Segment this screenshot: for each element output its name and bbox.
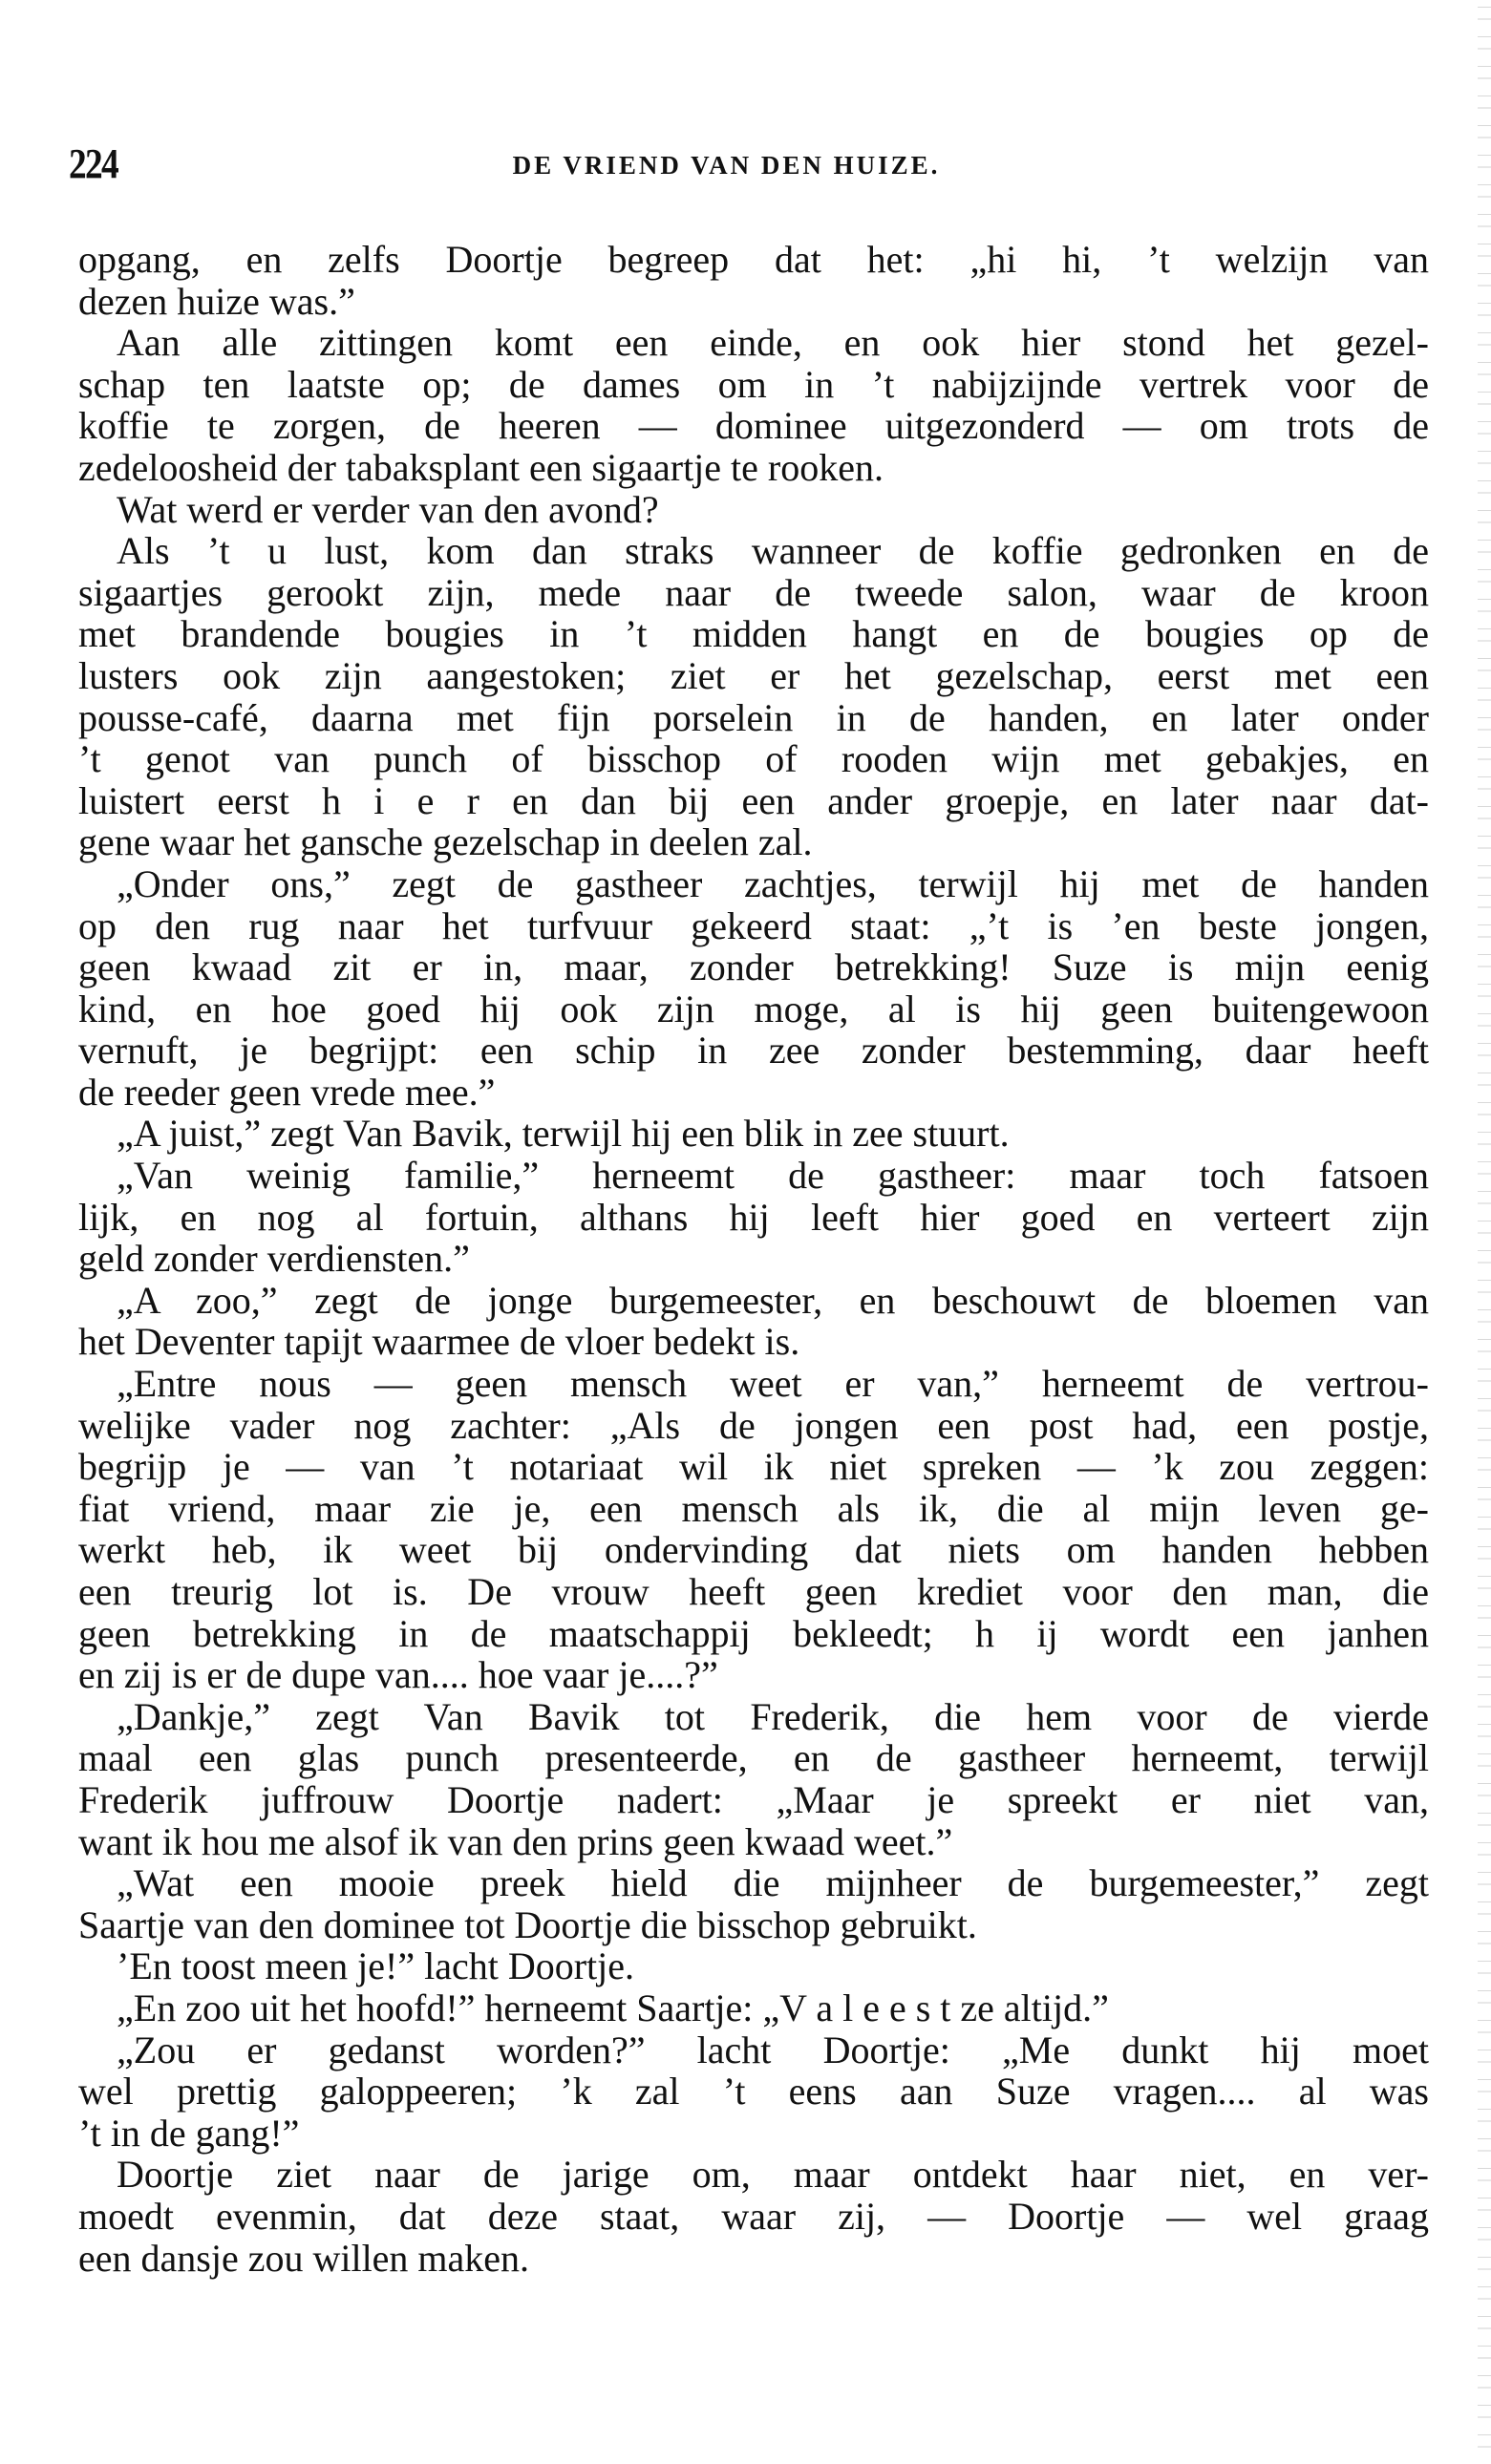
text-line: „Van weinig familie,” herneemt de gasthe… [78, 1155, 1429, 1197]
text-line: geld zonder verdiensten.” [78, 1238, 1429, 1280]
text-line: „Dankje,” zegt Van Bavik tot Frederik, d… [78, 1696, 1429, 1738]
text-line: „A juist,” zegt Van Bavik, terwijl hij e… [78, 1113, 1429, 1155]
text-line: schap ten laatste op; de dames om in ’t … [78, 364, 1429, 406]
text-line: Saartje van den dominee tot Doortje die … [78, 1904, 1429, 1946]
text-line: op den rug naar het turfvuur gekeerd sta… [78, 905, 1429, 947]
text-line: „Zou er gedanst worden?” lacht Doortje: … [78, 2029, 1429, 2071]
text-line: ’t genot van punch of bisschop of rooden… [78, 738, 1429, 780]
text-line: zedeloosheid der tabaksplant een sigaart… [78, 447, 1429, 489]
text-line: „A zoo,” zegt de jonge burgemeester, en … [78, 1280, 1429, 1322]
text-line: „En zoo uit het hoofd!” herneemt Saartje… [78, 1987, 1429, 2029]
text-line: „Onder ons,” zegt de gastheer zachtjes, … [78, 863, 1429, 905]
text-line: ’t in de gang!” [78, 2113, 1429, 2155]
text-line: het Deventer tapijt waarmee de vloer bed… [78, 1321, 1429, 1363]
text-line: moedt evenmin, dat deze staat, waar zij,… [78, 2196, 1429, 2238]
text-line: de reeder geen vrede mee.” [78, 1072, 1429, 1114]
running-title: DE VRIEND VAN DEN HUIZE. [513, 151, 941, 181]
text-line: fiat vriend, maar zie je, een mensch als… [78, 1488, 1429, 1530]
text-line: sigaartjes gerookt zijn, mede naar de tw… [78, 572, 1429, 614]
text-line: opgang, en zelfs Doortje begreep dat het… [78, 239, 1429, 281]
text-line: lijk, en nog al fortuin, althans hij lee… [78, 1197, 1429, 1239]
text-line: en zij is er de dupe van.... hoe vaar je… [78, 1654, 1429, 1696]
text-line: welijke vader nog zachter: „Als de jonge… [78, 1405, 1429, 1447]
text-line: Aan alle zittingen komt een einde, en oo… [78, 322, 1429, 364]
text-line: begrijp je — van ’t notariaat wil ik nie… [78, 1446, 1429, 1488]
text-line: dezen huize was.” [78, 281, 1429, 323]
text-line: werkt heb, ik weet bij ondervinding dat … [78, 1529, 1429, 1571]
text-line: „Wat een mooie preek hield die mijnheer … [78, 1862, 1429, 1904]
text-line: maal een glas punch presenteerde, en de … [78, 1737, 1429, 1779]
scan-edge-artifact [1478, 0, 1491, 2464]
text-line: gene waar het gansche gezelschap in deel… [78, 821, 1429, 863]
body-text: opgang, en zelfs Doortje begreep dat het… [78, 239, 1429, 2279]
text-line: Frederik juffrouw Doortje nadert: „Maar … [78, 1779, 1429, 1821]
text-line: Als ’t u lust, kom dan straks wanneer de… [78, 530, 1429, 572]
text-line: koffie te zorgen, de heeren — dominee ui… [78, 405, 1429, 447]
text-line: lusters ook zijn aangestoken; ziet er he… [78, 655, 1429, 697]
running-head: DE VRIEND VAN DEN HUIZE. [0, 151, 1491, 181]
text-line: kind, en hoe goed hij ook zijn moge, al … [78, 988, 1429, 1030]
text-line: geen kwaad zit er in, maar, zonder betre… [78, 946, 1429, 988]
text-line: vernuft, je begrijpt: een schip in zee z… [78, 1030, 1429, 1072]
text-line: want ik hou me alsof ik van den prins ge… [78, 1821, 1429, 1863]
text-line: geen betrekking in de maatschappij bekle… [78, 1613, 1429, 1655]
text-line: Wat werd er verder van den avond? [78, 489, 1429, 531]
text-line: een treurig lot is. De vrouw heeft geen … [78, 1571, 1429, 1613]
text-line: pousse-café, daarna met fijn porselein i… [78, 697, 1429, 739]
text-line: „Entre nous — geen mensch weet er van,” … [78, 1363, 1429, 1405]
text-line: een dansje zou willen maken. [78, 2238, 1429, 2280]
text-line: met brandende bougies in ’t midden hangt… [78, 613, 1429, 655]
text-line: luistert eerst h i e r en dan bij een an… [78, 780, 1429, 822]
text-line: ’En toost meen je!” lacht Doortje. [78, 1945, 1429, 1987]
text-line: wel prettig galoppeeren; ’k zal ’t eens … [78, 2071, 1429, 2113]
text-line: Doortje ziet naar de jarige om, maar ont… [78, 2154, 1429, 2196]
